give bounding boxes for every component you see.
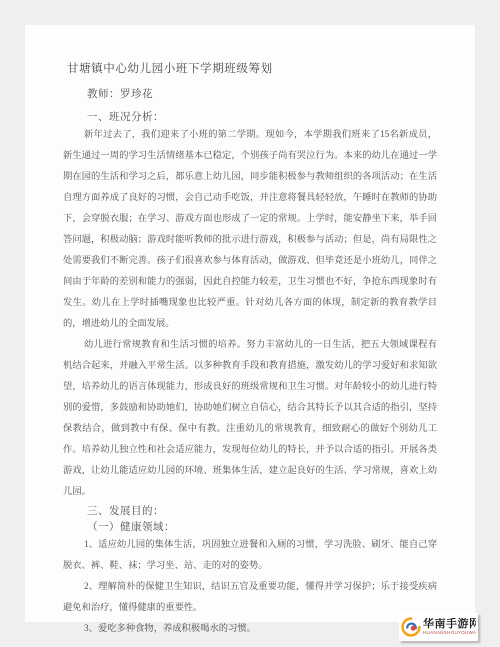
document-title: 甘塘镇中心幼儿园小班下学期班级筹划 bbox=[67, 61, 475, 77]
document-viewer: 甘塘镇中心幼儿园小班下学期班级筹划 教师：罗珍花 一、班况分析： 新年过去了，我… bbox=[0, 0, 500, 647]
list-item-health-2: 2、理解简朴的保健卫生知识，结识五官及重要功能，懂得并学习保护；乐于接受疾病避免… bbox=[63, 577, 437, 619]
list-item-health-3: 3、爱吃多种食物，养成积极喝水的习惯。 bbox=[63, 619, 437, 640]
site-tagline: HUANANSHOUYOUWANG bbox=[423, 630, 476, 636]
section-heading-class-analysis: 一、班况分析： bbox=[87, 111, 475, 125]
teacher-line: 教师：罗珍花 bbox=[87, 88, 475, 102]
site-logo-swirl-icon bbox=[401, 617, 421, 637]
paragraph-routine-education: 幼儿进行常规教育和生活习惯的培养。努力丰富幼儿的一日生活，把五大领域课程有机结合… bbox=[63, 335, 437, 503]
watermark-badge: 华南手游网 HUANANSHOUYOUWANG bbox=[399, 613, 478, 641]
subsection-heading-health-domain: （一）健康领域： bbox=[87, 521, 475, 535]
site-name: 华南手游网 bbox=[423, 618, 476, 630]
document-page: 甘塘镇中心幼儿园小班下学期班级筹划 教师：罗珍花 一、班况分析： 新年过去了，我… bbox=[25, 25, 475, 622]
section-heading-development-goals: 三、发展目的： bbox=[87, 505, 475, 519]
paragraph-class-analysis: 新年过去了，我们迎来了小班的第二学期。现如今，本学期我们班来了15名新成员，新生… bbox=[63, 125, 437, 335]
list-item-health-1: 1、适应幼儿园的集体生活，巩固独立进餐和入厕的习惯，学习洗脸、刷牙、能自己穿脱衣… bbox=[63, 535, 437, 577]
watermark-text-block: 华南手游网 HUANANSHOUYOUWANG bbox=[423, 618, 476, 636]
